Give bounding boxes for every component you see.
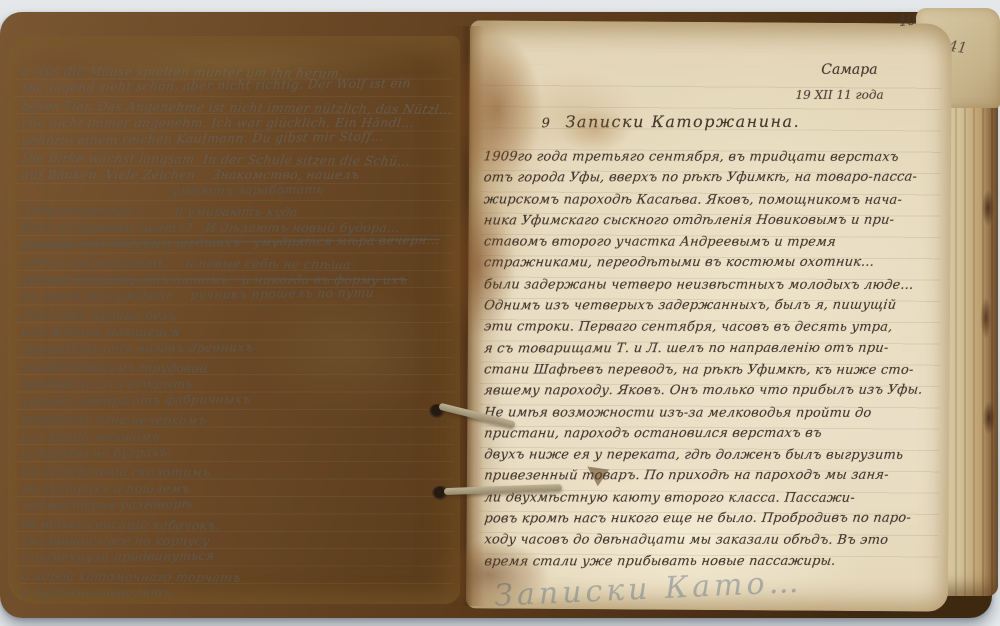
handwriting-line: стражниками, переодѣтыми въ костюмы охот…	[483, 252, 938, 274]
handwriting-line: въ своей разсуждать ручникъ прошелъ по п…	[21, 283, 453, 306]
place-label: Самара	[484, 62, 936, 89]
handwriting-line: ника Уфимскаго сыскного отдѣленія Новико…	[483, 210, 938, 232]
handwriting-line: 1909го года третьяго сентября, въ тридца…	[483, 146, 937, 168]
handwriting-line: пристани, пароходъ остановился верстахъ …	[483, 422, 938, 444]
diary-body: 1909го года третьяго сентября, въ тридца…	[484, 146, 937, 573]
left-page-handwriting: u was die Mäuse spielten munter um ihn h…	[22, 62, 452, 602]
page-title: 9Записки Каторжанина.	[484, 112, 936, 147]
right-page-handwriting: Самара 19 XII 11 года 9Записки Каторжани…	[484, 62, 937, 573]
handwriting-line: явшему пароходу. Яковъ. Онъ только что п…	[483, 380, 938, 402]
handwriting-line: эти строки. Перваго сентября, часовъ въ …	[483, 317, 937, 339]
page-title-text: Записки Каторжанина.	[565, 112, 800, 131]
page-number-40: 40	[896, 10, 917, 30]
handwriting-line: Не имѣя возможности изъ-за мелководья пр…	[483, 402, 937, 424]
handwriting-line: были задержаны четверо неизвѣстныхъ моло…	[483, 274, 937, 296]
section-mark: 9	[542, 116, 552, 131]
handwriting-line: и намекнули придвинуться	[21, 544, 453, 567]
right-page: 40 Самара 19 XII 11 года 9Записки Каторж…	[466, 20, 952, 611]
date-label: 19 XII 11 года	[484, 88, 936, 113]
torn-paper-notch	[585, 467, 609, 488]
handwriting-line: ровъ кромѣ насъ никого еще не было. Проб…	[483, 508, 938, 530]
handwriting-line: двухъ ниже ея у переката, гдѣ долженъ бы…	[483, 445, 937, 467]
handwriting-line: ходу часовъ до двѣнадцати мы заказали об…	[483, 530, 937, 552]
handwriting-line: стани Шафѣевъ переводъ, на рѣкѣ Уфимкѣ, …	[483, 359, 937, 381]
left-page: u was die Mäuse spielten munter um ihn h…	[8, 36, 460, 604]
handwriting-line: жирскомъ пароходѣ Касаѣва. Яковъ, помощн…	[483, 189, 937, 211]
handwriting-line: отъ города Уфы, вверхъ по рѣкѣ Уфимкѣ, н…	[482, 167, 937, 189]
handwriting-line: ставомъ второго участка Андреевымъ и тре…	[483, 232, 937, 254]
handwriting-line: Однимъ изъ четверыхъ задержанныхъ, былъ …	[483, 295, 938, 317]
handwriting-line: подмастерья разговорѣ	[21, 492, 453, 515]
photo-open-notebook: 41 u was die Mäuse spielten munter um ih…	[0, 0, 1000, 626]
handwriting-line: и кудрями шевелятъ.	[21, 584, 453, 601]
handwriting-line: я съ товарищами Т. и Л. шелъ по направле…	[483, 337, 938, 359]
handwriting-line: Die Jugend sieht schön, aber nicht richt…	[21, 74, 453, 97]
